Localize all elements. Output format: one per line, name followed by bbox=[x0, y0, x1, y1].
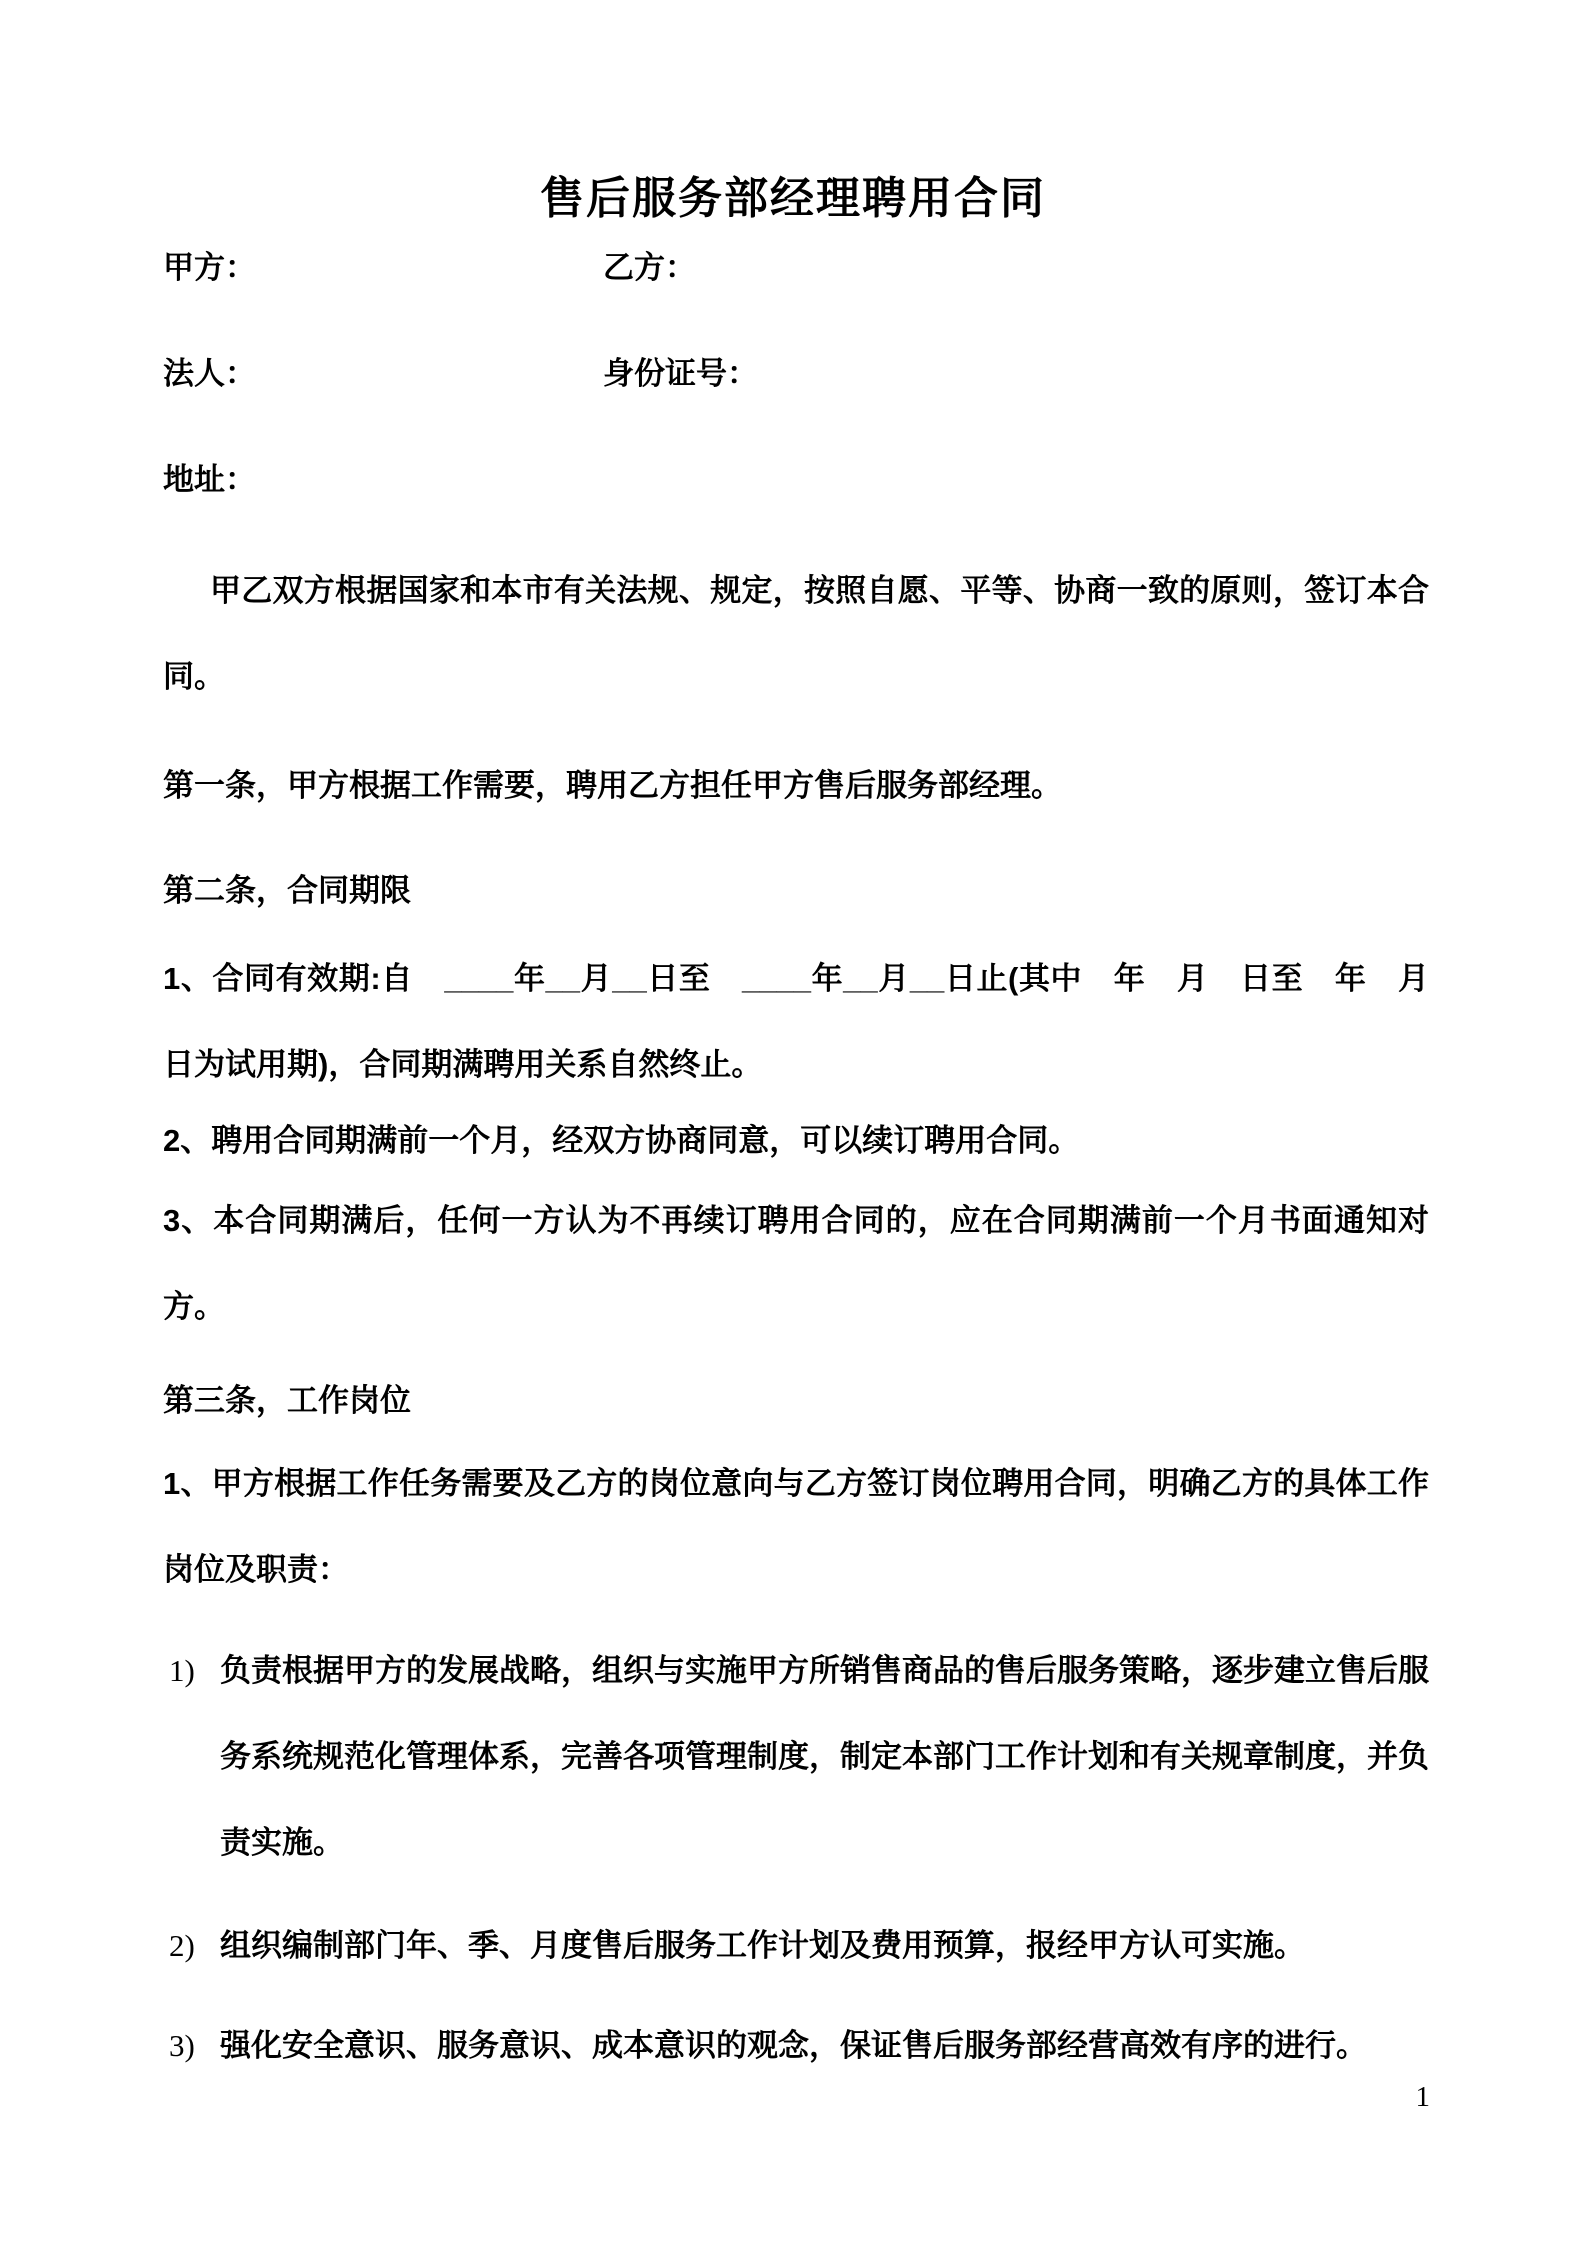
article3-intro-paragraph: 1、甲方根据工作任务需要及乙方的岗位意向与乙方签订岗位聘用合同，明确乙方的具体工… bbox=[163, 1441, 1429, 1613]
intro-paragraph: 甲乙双方根据国家和本市有关法规、规定，按照自愿、平等、协商一致的原则，签订本合同… bbox=[163, 548, 1429, 720]
article3-heading: 第三条，工作岗位 bbox=[163, 1358, 1429, 1444]
article2-item-1: 1、合同有效期:自 ____年__月__日至 ____年__月__日止(其中 年… bbox=[163, 936, 1429, 1108]
page-title: 售后服务部经理聘用合同 bbox=[0, 169, 1586, 229]
legal-person-label: 法人： bbox=[163, 356, 256, 391]
duty-3-text: 强化安全意识、服务意识、成本意识的观念，保证售后服务部经营高效有序的进行。 bbox=[220, 2028, 1367, 2063]
article2-item-2: 2、聘用合同期满前一个月，经双方协商同意，可以续订聘用合同。 bbox=[163, 1098, 1429, 1184]
party-row: 甲方： 乙方： bbox=[163, 245, 1429, 290]
duty-item-2: 2) 组织编制部门年、季、月度售后服务工作计划及费用预算，报经甲方认可实施。 bbox=[163, 1903, 1429, 1989]
address-row: 地址： bbox=[163, 457, 1429, 502]
address-label: 地址： bbox=[163, 462, 256, 497]
duty-item-1: 1) 负责根据甲方的发展战略，组织与实施甲方所销售商品的售后服务策略，逐步建立售… bbox=[163, 1628, 1429, 1886]
duty-2-number: 2) bbox=[169, 1903, 195, 1989]
duty-1-number: 1) bbox=[169, 1628, 195, 1714]
duty-2-text: 组织编制部门年、季、月度售后服务工作计划及费用预算，报经甲方认可实施。 bbox=[220, 1928, 1305, 1963]
id-number-label: 身份证号： bbox=[603, 351, 758, 396]
contract-page: 售后服务部经理聘用合同 甲方： 乙方： 法人： 身份证号： 地址： 甲乙双方根据… bbox=[0, 0, 1586, 2244]
article1-paragraph: 第一条，甲方根据工作需要，聘用乙方担任甲方售后服务部经理。 bbox=[163, 743, 1429, 829]
page-number: 1 bbox=[1230, 2077, 1430, 2117]
duty-3-number: 3) bbox=[169, 2003, 195, 2089]
duty-1-text: 负责根据甲方的发展战略，组织与实施甲方所销售商品的售后服务策略，逐步建立售后服务… bbox=[220, 1653, 1429, 1860]
article2-item-3: 3、本合同期满后，任何一方认为不再续订聘用合同的，应在合同期满前一个月书面通知对… bbox=[163, 1178, 1429, 1350]
party-b-label: 乙方： bbox=[603, 245, 696, 290]
party-a-label: 甲方： bbox=[163, 250, 256, 285]
legal-id-row: 法人： 身份证号： bbox=[163, 351, 1429, 396]
article2-heading: 第二条，合同期限 bbox=[163, 848, 1429, 934]
